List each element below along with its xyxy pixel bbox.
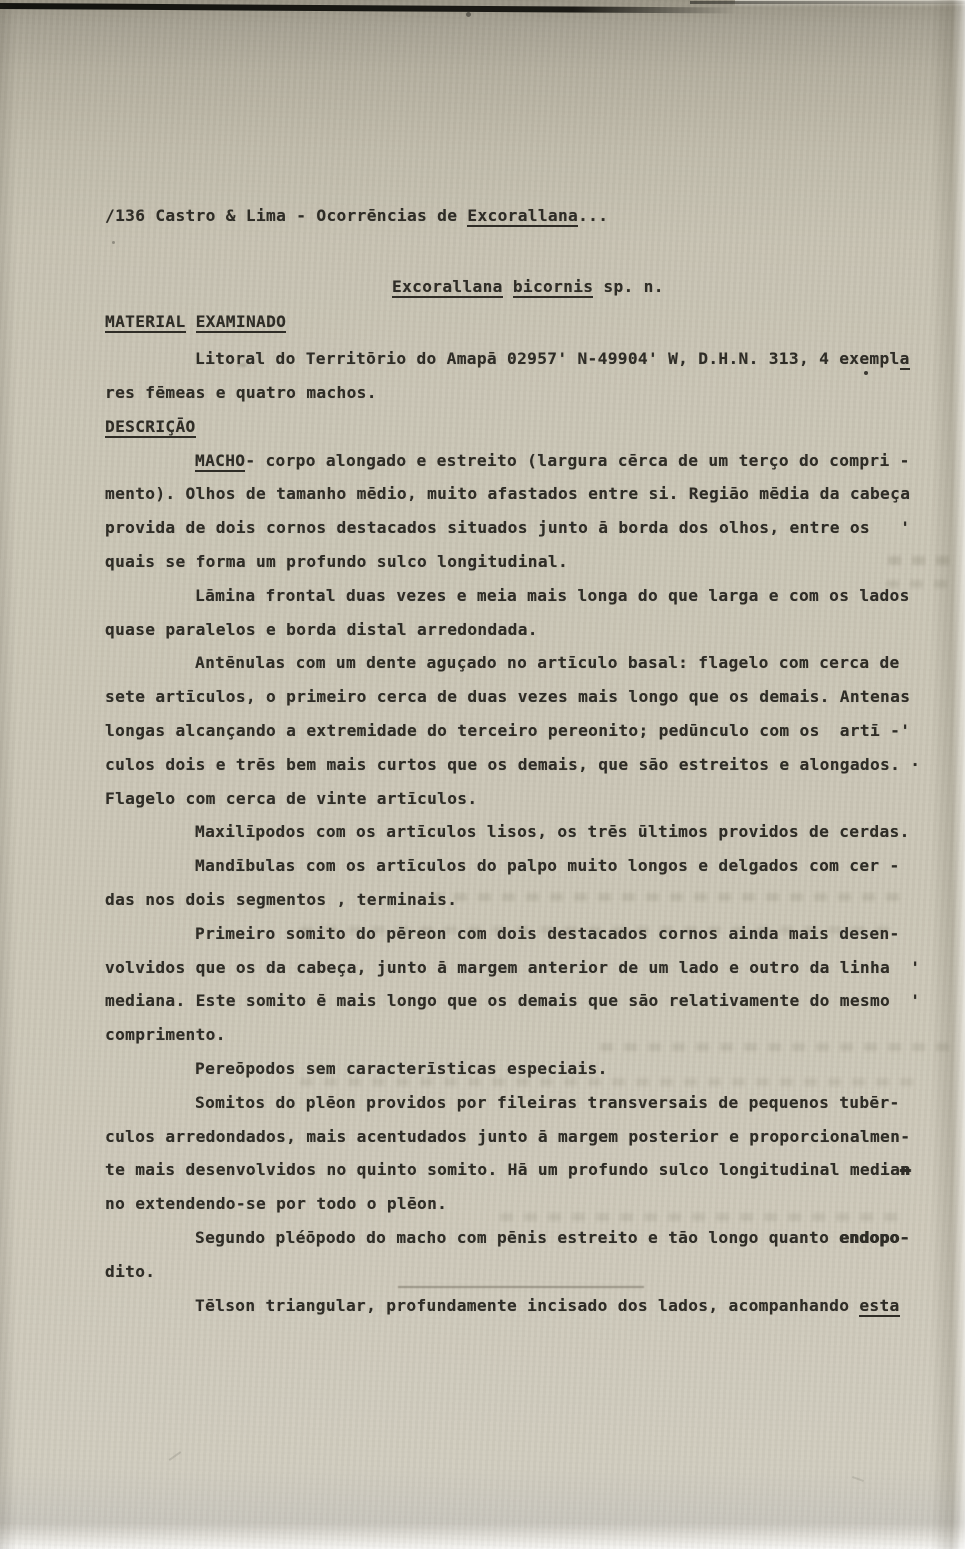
body-line: no extendendo-se por todo o plēon. xyxy=(105,1194,447,1214)
body-line: sete artīculos, o primeiro cerca de duas… xyxy=(105,687,910,707)
page-right-shadow xyxy=(931,0,965,1549)
scanned-page: /136 Castro & Lima - Ocorrēncias de Exco… xyxy=(0,0,965,1549)
body-line: Mandībulas com os artīculos do palpo mui… xyxy=(195,856,900,876)
body-line: Flagelo com cerca de vinte artīculos. xyxy=(105,789,477,809)
body-line: MACHO- corpo alongado e estreito (largur… xyxy=(195,451,910,471)
body-line: dito. xyxy=(105,1262,155,1282)
scan-artifact-rule xyxy=(398,1286,644,1288)
body-line: Tēlson triangular, profundamente incisad… xyxy=(195,1296,900,1316)
scan-artifact-ghost xyxy=(888,556,960,565)
scan-artifact-ghost xyxy=(300,1078,920,1086)
body-line: provida de dois cornos destacados situad… xyxy=(105,518,910,538)
body-line: te mais desenvolvidos no quinto somito. … xyxy=(105,1160,910,1180)
body-line: comprimento. xyxy=(105,1025,226,1045)
body-line: Litoral do Territōrio do Amapā 02957' N-… xyxy=(195,349,910,369)
scan-artifact-ghost xyxy=(886,580,948,588)
body-line: volvidos que os da cabeça, junto ā marge… xyxy=(105,958,920,978)
body-line: quase paralelos e borda distal arredonda… xyxy=(105,620,538,640)
body-line: culos arredondados, mais acentudados jun… xyxy=(105,1127,910,1147)
body-line: Segundo pléōpodo do macho com pēnis estr… xyxy=(195,1228,910,1248)
scan-artifact-ghost xyxy=(500,1213,900,1221)
body-line: quais se forma um profundo sulco longitu… xyxy=(105,552,568,572)
body-line: res fēmeas e quatro machos. xyxy=(105,383,377,403)
body-line: Antēnulas com um dente aguçado no artīcu… xyxy=(195,653,900,673)
scan-edge-line-right xyxy=(690,1,965,4)
body-line: Somitos do plēon providos por fileiras t… xyxy=(195,1093,900,1113)
body-line: culos dois e trēs bem mais curtos que os… xyxy=(105,755,920,775)
body-line: Lāmina frontal duas vezes e meia mais lo… xyxy=(195,586,910,606)
body-line: Maxilīpodos com os artīculos lisos, os t… xyxy=(195,822,910,842)
scan-artifact-ghost xyxy=(430,893,900,901)
running-header: /136 Castro & Lima - Ocorrēncias de Exco… xyxy=(105,206,608,226)
heading-descricao: DESCRIÇĀO xyxy=(105,417,196,437)
scan-artifact-dot xyxy=(864,371,868,375)
body-line: longas alcançando a extremidade do terce… xyxy=(105,721,910,741)
species-title: Excorallana bicornis sp. n. xyxy=(392,277,664,297)
page-left-shadow xyxy=(0,0,16,1549)
body-line: Pereōpodos sem caracterīsticas especiais… xyxy=(195,1059,608,1079)
scan-artifact-smudge xyxy=(238,363,247,367)
heading-material-examinado: MATERIAL EXAMINADO xyxy=(105,312,286,332)
body-line: mediana. Este somito ē mais longo que os… xyxy=(105,991,920,1011)
body-line: mento). Olhos de tamanho mēdio, muito af… xyxy=(105,484,910,504)
scan-artifact-dot xyxy=(466,12,471,17)
scan-artifact-ghost xyxy=(300,926,900,934)
scan-artifact-dot xyxy=(112,241,115,244)
scan-artifact-ghost xyxy=(600,1043,950,1051)
body-line: das nos dois segmentos , terminais. xyxy=(105,890,457,910)
